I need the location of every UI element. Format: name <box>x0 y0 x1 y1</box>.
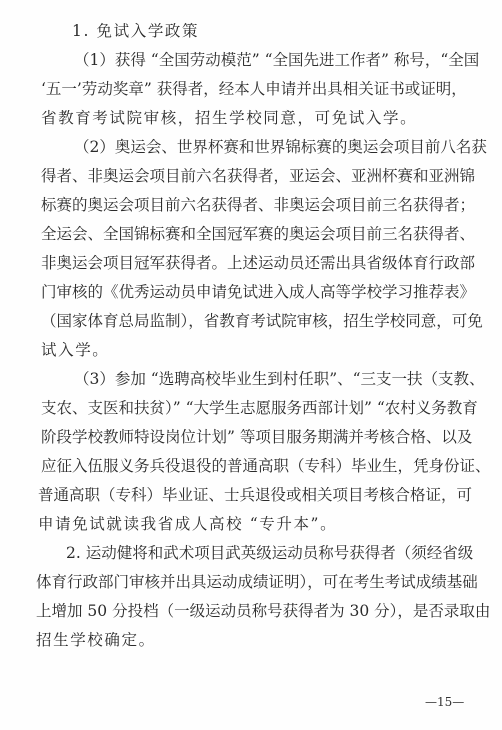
text-line: （3）参加 “选聘高校毕业生到村任职”、“三支一扶（支教、 <box>74 369 462 389</box>
text-line: 门审核的《优秀运动员申请免试进入成人高等学校学习推荐表》 <box>41 282 464 302</box>
text-line: ‘五一’劳动奖章” 获得者，经本人申请并出具相关证书或证明， <box>41 79 459 99</box>
text-line: 得者、非奥运会项目前六名获得者，亚运会、亚洲杯赛和亚洲锦 <box>41 166 464 186</box>
text-line: 标赛的奥运会项目前六名获得者、非奥运会项目前三名获得者； <box>41 195 464 215</box>
text-line: 招生学校确定。 <box>36 630 156 650</box>
text-line: 试入学。 <box>41 340 109 360</box>
page-number: —15— <box>425 695 464 709</box>
text-line: 1. 免试入学政策 <box>72 21 199 41</box>
text-line: 阶段学校教师特设岗位计划” 等项目服务期满并考核合格、以及 <box>41 427 462 447</box>
text-line: 非奥运会项目冠军获得者。上述运动员还需出具省级体育行政部 <box>41 253 464 273</box>
text-line: 申请免试就读我省成人高校 “专升本”。 <box>38 514 337 534</box>
text-line: 省教育考试院审核，招生学校同意，可免试入学。 <box>41 108 417 128</box>
text-line: 支农、支医和扶贫）” “大学生志愿服务西部计划” “农村义务教育 <box>41 398 462 418</box>
text-line: 2. 运动健将和武术项目武英级运动员称号获得者（须经省级 <box>66 543 459 563</box>
text-line: 体育行政部门审核并出具运动成绩证明），可在考生考试成绩基础 <box>36 572 460 592</box>
text-line: 应征入伍服义务兵役退役的普通高职（专科）毕业生，凭身份证、 <box>41 456 462 476</box>
text-line: （1）获得 “全国劳动模范” “全国先进工作者” 称号，“全国 <box>74 50 464 70</box>
text-line: （2）奥运会、世界杯赛和世界锦标赛的奥运会项目前八名获 <box>74 137 464 157</box>
document-page: 1. 免试入学政策（1）获得 “全国劳动模范” “全国先进工作者” 称号，“全国… <box>0 0 502 730</box>
text-line: 全运会、全国锦标赛和全国冠军赛的奥运会项目前三名获得者、 <box>41 224 464 244</box>
text-line: 上增加 50 分投档（一级运动员称号获得者为 30 分），是否录取由 <box>36 601 460 621</box>
text-line: 普通高职（专科）毕业证、士兵退役或相关项目考核合格证，可 <box>38 485 459 505</box>
text-line: （国家体育总局监制），省教育考试院审核，招生学校同意，可免 <box>41 311 464 331</box>
